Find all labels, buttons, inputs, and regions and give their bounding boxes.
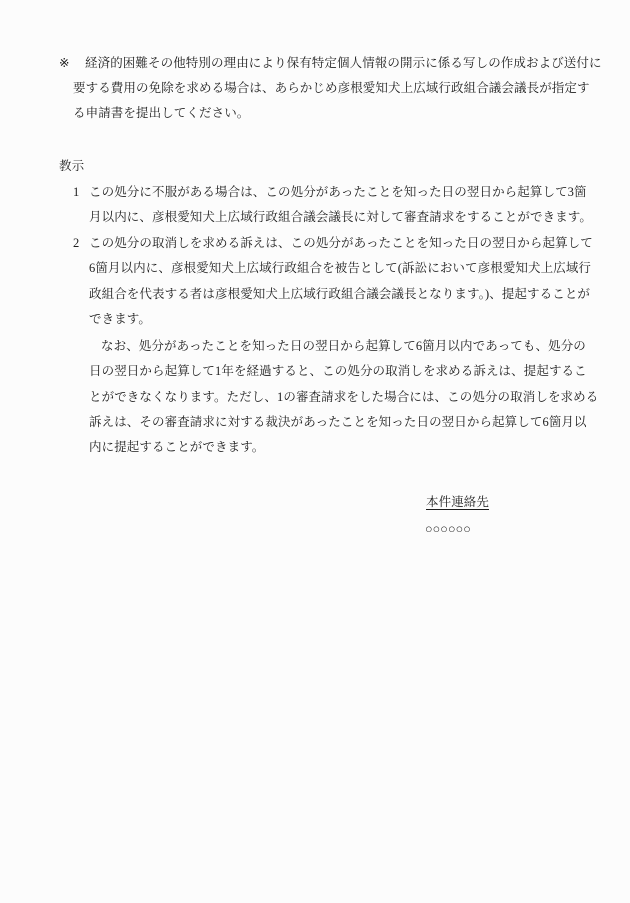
- list-item-number: 1: [73, 184, 79, 201]
- list-item-line: この処分に不服がある場合は、この処分があったことを知った日の翌日から起算して3箇: [89, 184, 587, 201]
- list-item-line: 政組合を代表する者は彦根愛知犬上広域行政組合議会議長となります。)、提起すること…: [89, 286, 590, 303]
- instruction-heading: 教示: [59, 158, 84, 175]
- list-item-line: この処分の取消しを求める訴えは、この処分があったことを知った日の翌日から起算して: [89, 235, 593, 252]
- supplement-line: 内に提起することができます。: [89, 439, 264, 456]
- supplement-line: 日の翌日から起算して1年を経過すると、この処分の取消しを求める訴えは、提起するこ: [89, 363, 587, 380]
- list-item-line: 月以内に、彦根愛知犬上広域行政組合議会議長に対して審査請求をすることができます。: [89, 209, 592, 226]
- supplement-line: とができなくなります。ただし、1の審査請求をした場合には、この処分の取消しを求め…: [89, 389, 598, 406]
- contact-title: 本件連絡先: [426, 494, 489, 511]
- note-line: 経済的困難その他特別の理由により保有特定個人情報の開示に係る写しの作成および送付…: [85, 55, 602, 72]
- note-line: る申請書を提出してください。: [73, 105, 249, 122]
- list-item-line: できます。: [89, 311, 151, 328]
- document-page: ※ 経済的困難その他特別の理由により保有特定個人情報の開示に係る写しの作成および…: [0, 0, 630, 903]
- contact-value: ○○○○○○: [425, 521, 471, 538]
- supplement-line: 訴えは、その審査請求に対する裁決があったことを知った日の翌日から起算して6箇月以: [89, 414, 587, 431]
- list-item-number: 2: [73, 235, 79, 252]
- note-marker: ※: [59, 55, 70, 72]
- list-item-line: 6箇月以内に、彦根愛知犬上広域行政組合を被告として(訴訟において彦根愛知犬上広域…: [89, 260, 591, 277]
- supplement-line: なお、処分があったことを知った日の翌日から起算して6箇月以内であっても、処分の: [101, 338, 586, 355]
- note-line: 要する費用の免除を求める場合は、あらかじめ彦根愛知犬上広域行政組合議会議長が指定…: [73, 80, 590, 97]
